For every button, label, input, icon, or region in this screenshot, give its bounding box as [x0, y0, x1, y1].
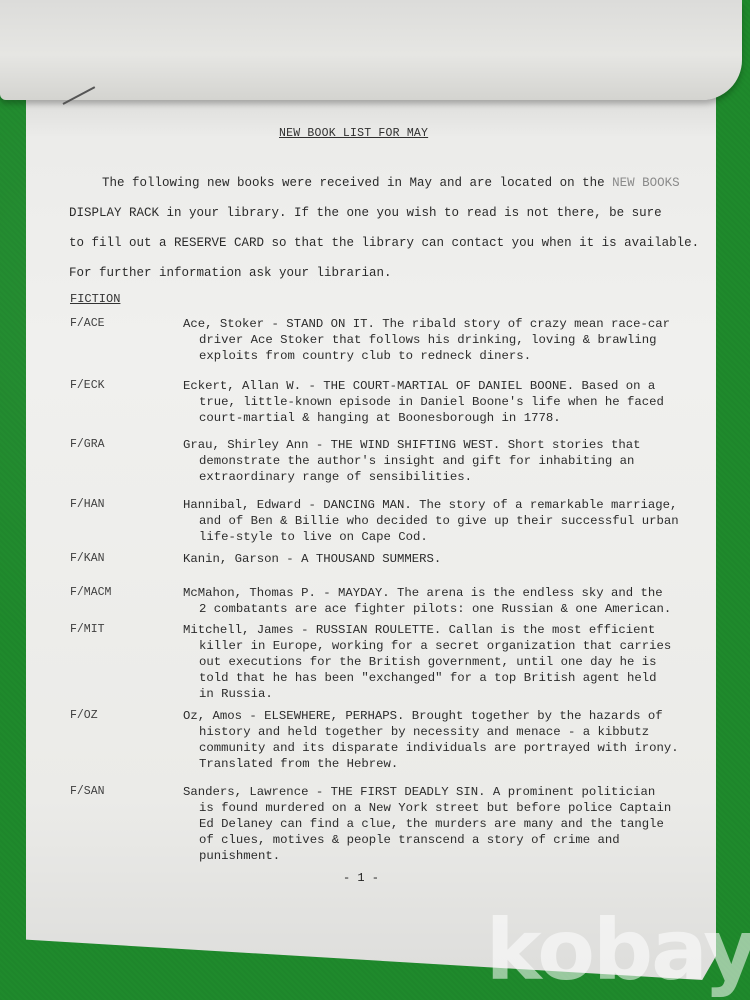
book-description: Ace, Stoker - STAND ON IT. The ribald st…: [183, 316, 723, 364]
call-number: F/KAN: [70, 551, 105, 566]
document-title: NEW BOOK LIST FOR MAY: [279, 126, 428, 141]
intro-paragraph: The following new books were received in…: [69, 168, 719, 288]
call-number: F/OZ: [70, 708, 98, 723]
intro-line-1-text: The following new books were received in…: [102, 176, 612, 190]
book-description: Sanders, Lawrence - THE FIRST DEADLY SIN…: [183, 784, 723, 864]
call-number: F/ACE: [70, 316, 105, 331]
description-line: 2 combatants are ace fighter pilots: one…: [183, 601, 723, 617]
description-line: of clues, motives & people transcend a s…: [183, 832, 723, 848]
page-number: - 1 -: [343, 871, 379, 886]
description-line: Translated from the Hebrew.: [183, 756, 723, 772]
book-description: Hannibal, Edward - DANCING MAN. The stor…: [183, 497, 723, 545]
author-title-line: Mitchell, James - RUSSIAN ROULETTE. Call…: [183, 622, 723, 638]
description-line: extraordinary range of sensibilities.: [183, 469, 723, 485]
section-heading-fiction: FICTION: [70, 292, 120, 307]
description-line: history and held together by necessity a…: [183, 724, 723, 740]
intro-line-1: The following new books were received in…: [69, 168, 719, 198]
author-title-line: Kanin, Garson - A THOUSAND SUMMERS.: [183, 551, 723, 567]
description-line: exploits from country club to redneck di…: [183, 348, 723, 364]
author-title-line: Hannibal, Edward - DANCING MAN. The stor…: [183, 497, 723, 513]
description-line: Ed Delaney can find a clue, the murders …: [183, 816, 723, 832]
author-title-line: Oz, Amos - ELSEWHERE, PERHAPS. Brought t…: [183, 708, 723, 724]
intro-line-3: to fill out a RESERVE CARD so that the l…: [69, 228, 719, 258]
description-line: in Russia.: [183, 686, 723, 702]
description-line: told that he has been "exchanged" for a …: [183, 670, 723, 686]
call-number: F/MACM: [70, 585, 111, 600]
description-line: punishment.: [183, 848, 723, 864]
curled-previous-sheet: [0, 0, 742, 100]
book-description: Mitchell, James - RUSSIAN ROULETTE. Call…: [183, 622, 723, 702]
author-title-line: Eckert, Allan W. - THE COURT-MARTIAL OF …: [183, 378, 723, 394]
book-description: Eckert, Allan W. - THE COURT-MARTIAL OF …: [183, 378, 723, 426]
book-description: Grau, Shirley Ann - THE WIND SHIFTING WE…: [183, 437, 723, 485]
description-line: and of Ben & Billie who decided to give …: [183, 513, 723, 529]
author-title-line: McMahon, Thomas P. - MAYDAY. The arena i…: [183, 585, 723, 601]
document: NEW BOOK LIST FOR MAY The following new …: [0, 0, 750, 1000]
description-line: killer in Europe, working for a secret o…: [183, 638, 723, 654]
call-number: F/MIT: [70, 622, 105, 637]
description-line: court-martial & hanging at Boonesborough…: [183, 410, 723, 426]
intro-line-2: DISPLAY RACK in your library. If the one…: [69, 198, 719, 228]
watermark-logo: kobay: [486, 908, 750, 992]
author-title-line: Sanders, Lawrence - THE FIRST DEADLY SIN…: [183, 784, 723, 800]
description-line: is found murdered on a New York street b…: [183, 800, 723, 816]
book-description: Oz, Amos - ELSEWHERE, PERHAPS. Brought t…: [183, 708, 723, 772]
call-number: F/HAN: [70, 497, 105, 512]
call-number: F/SAN: [70, 784, 105, 799]
description-line: driver Ace Stoker that follows his drink…: [183, 332, 723, 348]
description-line: out executions for the British governmen…: [183, 654, 723, 670]
author-title-line: Grau, Shirley Ann - THE WIND SHIFTING WE…: [183, 437, 723, 453]
author-title-line: Ace, Stoker - STAND ON IT. The ribald st…: [183, 316, 723, 332]
book-description: McMahon, Thomas P. - MAYDAY. The arena i…: [183, 585, 723, 617]
description-line: community and its disparate individuals …: [183, 740, 723, 756]
description-line: true, little-known episode in Daniel Boo…: [183, 394, 723, 410]
book-description: Kanin, Garson - A THOUSAND SUMMERS.: [183, 551, 723, 567]
intro-line-1-faint: NEW BOOKS: [612, 176, 680, 190]
call-number: F/GRA: [70, 437, 105, 452]
description-line: demonstrate the author's insight and gif…: [183, 453, 723, 469]
call-number: F/ECK: [70, 378, 105, 393]
intro-line-4: For further information ask your librari…: [69, 258, 719, 288]
description-line: life-style to live on Cape Cod.: [183, 529, 723, 545]
